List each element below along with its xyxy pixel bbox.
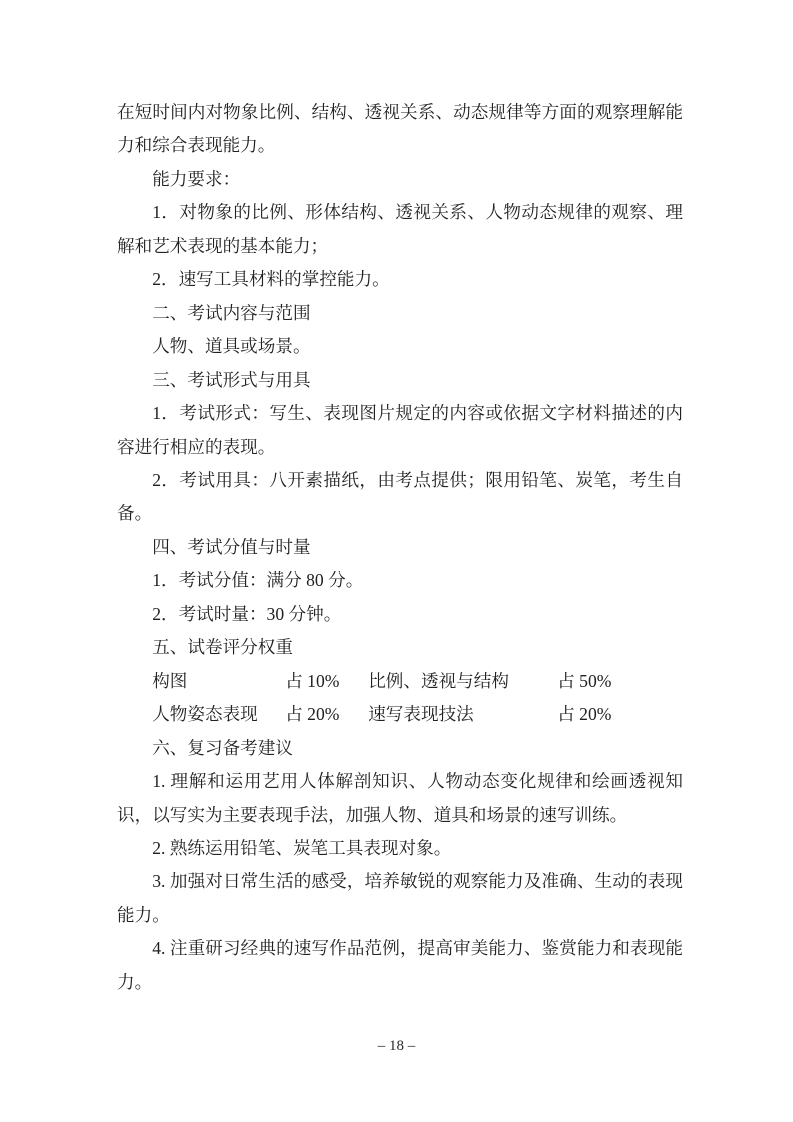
section-heading-grading-weights: 五、试卷评分权重 [117,631,683,664]
section-heading-exam-content: 二、考试内容与范围 [117,297,683,330]
weight-value: 占 20% [557,698,683,731]
advice-item-4: 4. 注重研习经典的速写作品范例，提高审美能力、鉴赏能力和表现能力。 [117,932,683,999]
weight-label: 比例、透视与结构 [368,665,557,698]
weight-row: 人物姿态表现 占 20% 速写表现技法 占 20% [117,698,683,731]
ability-requirements-label: 能力要求： [117,163,683,196]
advice-item-3: 3. 加强对日常生活的感受，培养敏锐的观察能力及准确、生动的表现能力。 [117,865,683,932]
weight-value: 占 20% [285,698,368,731]
document-page: 在短时间内对物象比例、结构、透视关系、动态规律等方面的观察理解能力和综合表现能力… [0,0,793,1122]
weight-row: 构图 占 10% 比例、透视与结构 占 50% [117,665,683,698]
advice-item-1: 1. 理解和运用艺用人体解剖知识、人物动态变化规律和绘画透视知识，以写实为主要表… [117,765,683,832]
advice-item-2: 2. 熟练运用铅笔、炭笔工具表现对象。 [117,832,683,865]
grading-weights-table: 构图 占 10% 比例、透视与结构 占 50% 人物姿态表现 占 20% 速写表… [117,665,683,732]
score-item: 1．考试分值：满分 80 分。 [117,564,683,597]
weight-label: 速写表现技法 [368,698,557,731]
time-item: 2．考试时量：30 分钟。 [117,598,683,631]
body-paragraph-continuation: 在短时间内对物象比例、结构、透视关系、动态规律等方面的观察理解能力和综合表现能力… [117,96,683,163]
weight-value: 占 50% [557,665,683,698]
exam-format-item-1: 1．考试形式：写生、表现图片规定的内容或依据文字材料描述的内容进行相应的表现。 [117,397,683,464]
weight-value: 占 10% [285,665,368,698]
section-heading-score-time: 四、考试分值与时量 [117,531,683,564]
section-heading-review-advice: 六、复习备考建议 [117,732,683,765]
page-number: – 18 – [0,1038,793,1055]
weight-label: 人物姿态表现 [152,698,285,731]
section-heading-exam-format: 三、考试形式与用具 [117,364,683,397]
exam-format-item-2: 2．考试用具：八开素描纸，由考点提供；限用铅笔、炭笔，考生自备。 [117,464,683,531]
ability-item-2: 2．速写工具材料的掌控能力。 [117,263,683,296]
ability-item-1: 1．对物象的比例、形体结构、透视关系、人物动态规律的观察、理解和艺术表现的基本能… [117,196,683,263]
exam-content-paragraph: 人物、道具或场景。 [117,330,683,363]
weight-label: 构图 [152,665,285,698]
page-content: 在短时间内对物象比例、结构、透视关系、动态规律等方面的观察理解能力和综合表现能力… [117,96,683,999]
